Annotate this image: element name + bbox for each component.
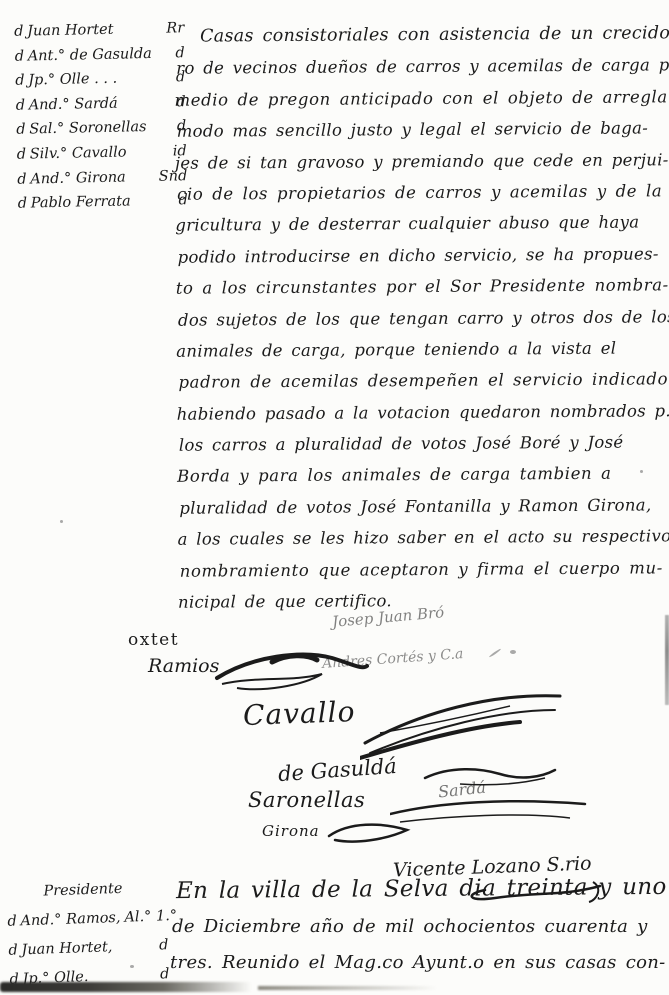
act-body-text: Casas consistoriales con asistencia de u… — [174, 18, 669, 618]
attendee-row: d Juan Hortet Rr — [14, 16, 184, 44]
body-line: cio de los propietarios de carros y acem… — [177, 175, 667, 210]
body-line: ro de vecinos dueños de carros y acemila… — [176, 50, 666, 85]
attendee-name: Juan Hortet, — [21, 932, 145, 965]
attendee-prefix: d — [14, 44, 28, 69]
attendee-prefix: d — [17, 167, 31, 192]
attendee-row: d And.° Girona Snd — [17, 164, 187, 192]
attendee-prefix: d — [16, 118, 30, 143]
signature-girona-flourish — [325, 818, 415, 846]
attendee-row: d Sal.° Soronellas d — [16, 115, 186, 143]
signature-faint-second: Andres Cortés y C.a — [322, 646, 464, 672]
closing-margin-list: Presidente d And.° Ramos, Al.° 1.° d Jua… — [6, 873, 170, 995]
body-line: Borda y para los animales de carga tambi… — [177, 458, 669, 493]
body-line: habiendo pasado a la votacion quedaron n… — [177, 395, 669, 430]
body-line: a los cuales se les hizo saber en el act… — [177, 521, 669, 556]
attendee-mark: Al.° 1.° — [124, 902, 178, 933]
attendee-row: d Jp.° Olle . . . d — [15, 65, 185, 93]
closing-line: En la villa de la Selva dia treinta y un… — [176, 874, 667, 904]
body-line: dos sujetos de los que tengan carro y ot… — [178, 301, 668, 336]
body-line: padron de acemilas desempeñen el servici… — [178, 364, 668, 399]
body-line: medio de pregon anticipado con el objeto… — [174, 81, 666, 116]
body-line: to a los circunstantes por el Sor Presid… — [176, 269, 668, 304]
attendee-name: And.° Girona — [30, 164, 155, 191]
signature-girona: Girona — [262, 822, 320, 840]
signature-cavallo-flourish — [360, 688, 580, 763]
attendee-name: Juan Hortet — [27, 17, 160, 44]
body-line: gricultura y de desterrar cualquier abus… — [175, 207, 667, 242]
attendee-prefix: d — [14, 20, 28, 45]
signature-cavallo: Cavallo — [242, 695, 355, 732]
scan-edge-streak — [665, 615, 669, 705]
attendee-row: d Pablo Ferrata d — [18, 188, 188, 216]
ink-speck — [489, 648, 502, 658]
attendee-prefix: d — [8, 936, 22, 965]
attendee-prefix: d — [7, 907, 21, 936]
body-line: modo mas sencillo justo y legal el servi… — [177, 112, 667, 147]
body-line: pluralidad de votos José Fontanilla y Ra… — [179, 489, 669, 524]
body-line: animales de carga, porque teniendo a la … — [176, 332, 668, 367]
signature-ramios: Ramios — [148, 655, 219, 677]
attendee-name: Sal.° Soronellas — [29, 115, 162, 142]
attendee-name: And.° Sardá — [29, 91, 162, 118]
body-line: nombramiento que aceptaron y firma el cu… — [180, 552, 669, 587]
body-line: podido introducirse en dicho servicio, s… — [177, 238, 667, 273]
closing-line: tres. Reunido el Mag.co Ayunt.o en sus c… — [170, 952, 666, 973]
ink-speck — [60, 520, 63, 523]
signature-gasulda: de Gasuldá — [277, 754, 397, 786]
scan-smudge-band — [0, 982, 252, 992]
attendee-row: d Silv.° Cavallo id — [17, 139, 187, 167]
attendee-name: Presidente — [43, 874, 143, 906]
attendee-prefix: d — [16, 93, 30, 118]
body-line: los carros a pluralidad de votos José Bo… — [179, 426, 669, 461]
ink-speck — [510, 650, 516, 654]
attendee-name: And.° Ramos, — [20, 904, 121, 936]
signature-sarda-faint: Sardá — [437, 778, 487, 802]
body-line: Casas consistoriales con asistencia de u… — [174, 18, 666, 53]
body-line: jes de si tan gravoso y premiando que ce… — [175, 144, 667, 179]
manuscript-page: d Juan Hortet Rr d Ant.° de Gasulda d d … — [0, 0, 669, 995]
attendee-prefix: d — [15, 69, 29, 94]
attendee-mark: d — [148, 931, 169, 961]
closing-line: de Diciembre año de mil ochocientos cuar… — [172, 916, 648, 937]
ink-speck — [640, 470, 643, 473]
attendee-name: Silv.° Cavallo — [30, 140, 163, 167]
scan-smudge-streak — [258, 986, 438, 990]
attendee-prefix: d — [18, 192, 32, 217]
signature-hortet-fragment: oxtet — [128, 630, 179, 650]
attendee-mark — [147, 891, 167, 892]
attendee-name: Ant.° de Gasulda — [27, 41, 160, 68]
attendee-prefix: d — [17, 142, 31, 167]
attendee-margin-list: d Juan Hortet Rr d Ant.° de Gasulda d d … — [14, 16, 188, 216]
signature-saronellas: Saronellas — [248, 788, 365, 812]
attendee-row: d And.° Sardá d — [16, 90, 186, 118]
attendee-row: d Ant.° de Gasulda d — [14, 41, 184, 69]
attendee-name: Jp.° Olle . . . — [28, 66, 161, 93]
signature-saronellas-flourish — [390, 792, 590, 828]
attendee-name: Pablo Ferrata — [31, 189, 164, 216]
ink-speck — [130, 965, 134, 968]
